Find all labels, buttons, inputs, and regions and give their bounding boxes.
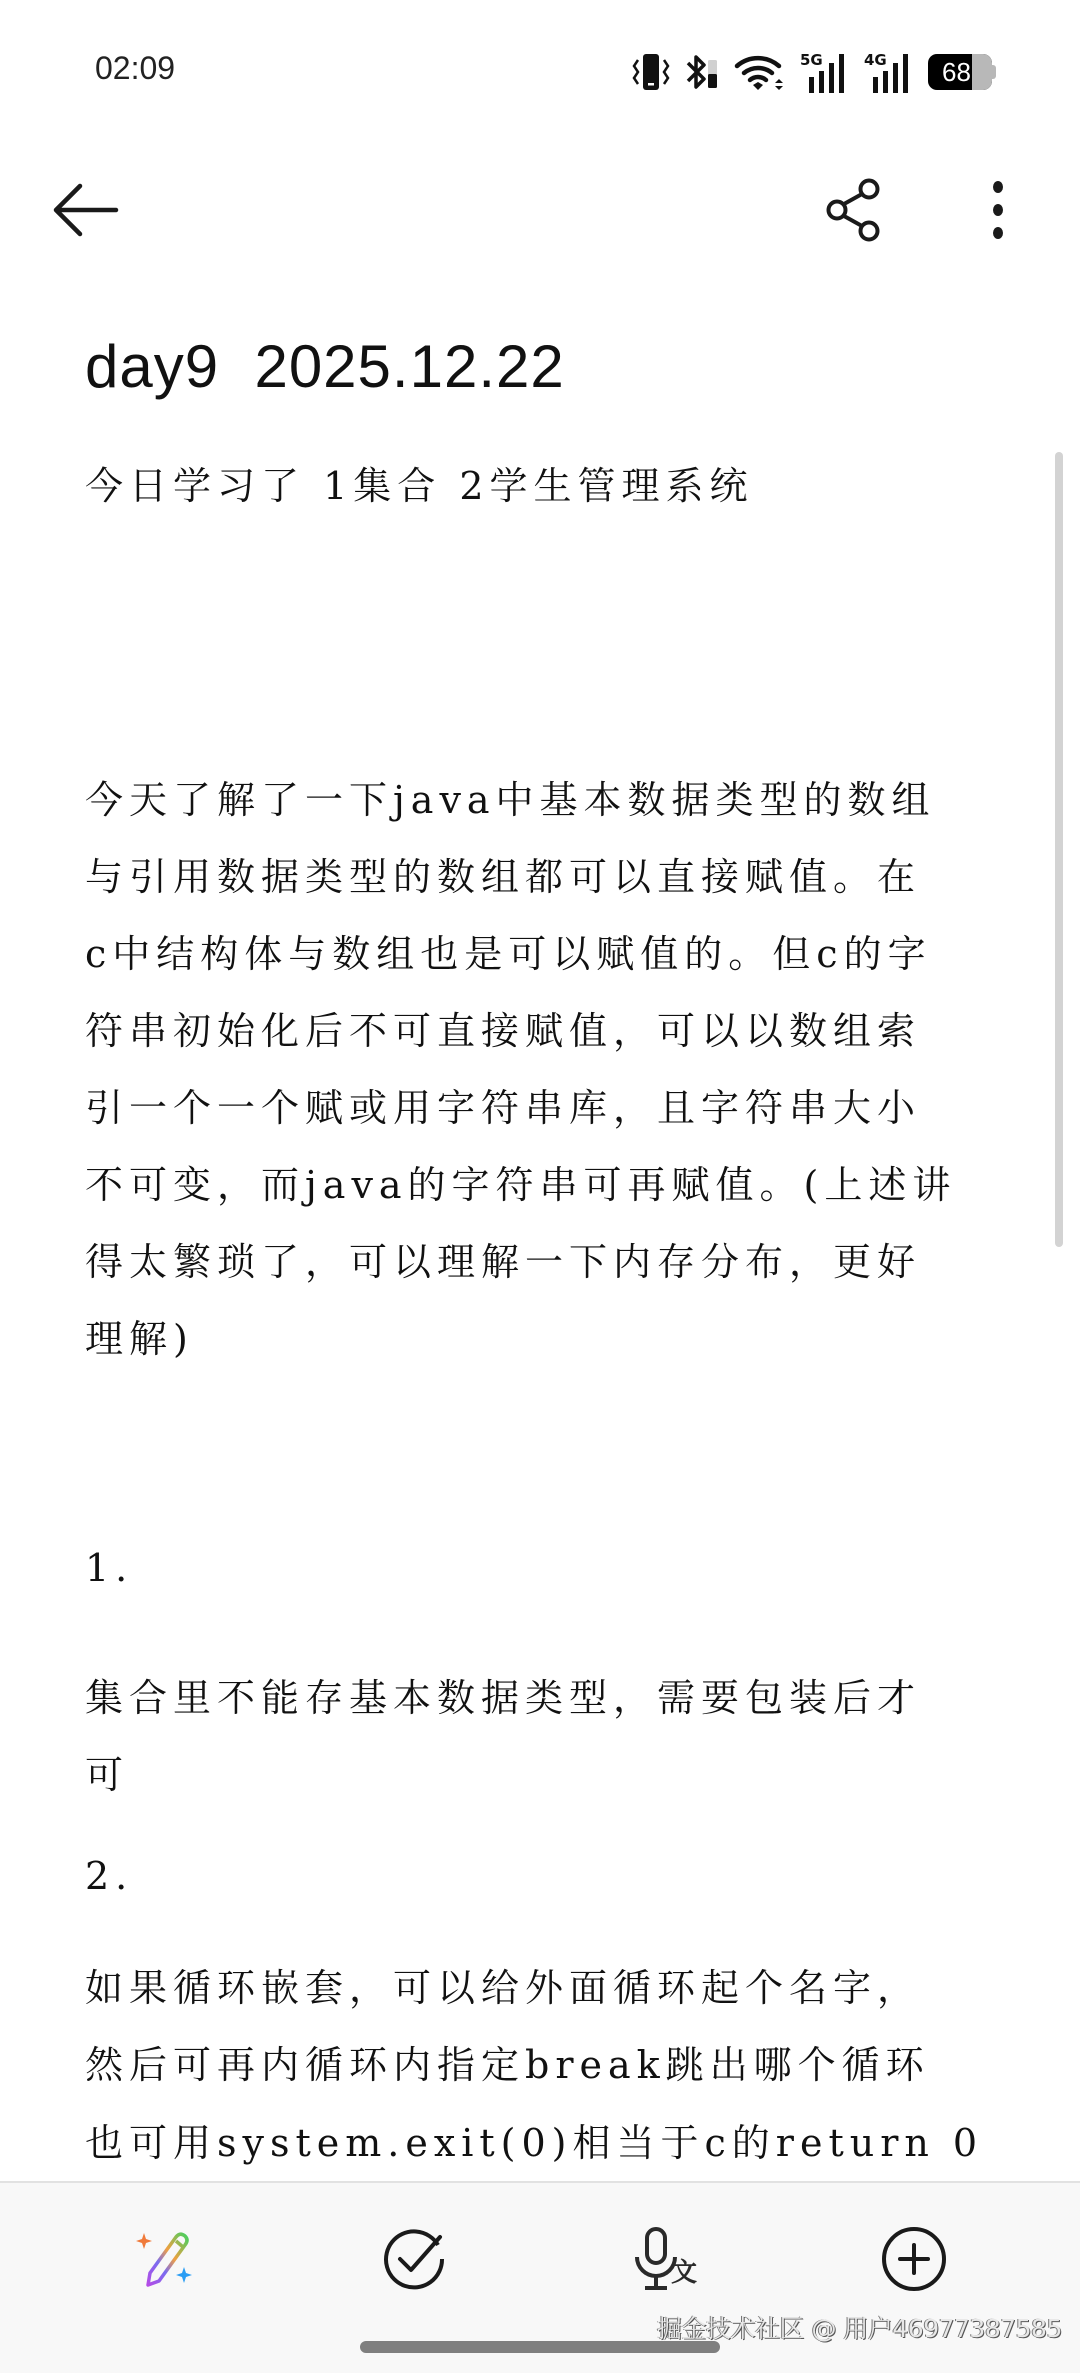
back-button[interactable] xyxy=(40,170,130,250)
voice-to-text-button[interactable]: 文 xyxy=(628,2219,708,2299)
svg-text:4G: 4G xyxy=(864,51,887,69)
scrollbar[interactable] xyxy=(1055,452,1063,1247)
sparkle-pen-icon xyxy=(134,2227,198,2291)
note-summary[interactable]: 今日学习了 1集合 2学生管理系统 xyxy=(85,448,1005,525)
share-icon xyxy=(823,177,887,243)
ai-write-button[interactable] xyxy=(126,2219,206,2299)
checklist-button[interactable] xyxy=(374,2219,454,2299)
app-bar xyxy=(0,140,1080,260)
note-paragraph-1[interactable]: 今天了解了一下java中基本数据类型的数组 与引用数据类型的数组都可以直接赋值。… xyxy=(85,762,1005,1378)
wifi-icon xyxy=(734,52,786,92)
status-bar: 02:09 xyxy=(0,0,1080,140)
battery-level: 68 xyxy=(942,57,971,88)
battery-icon: 68 xyxy=(928,53,996,91)
signal-5g-icon: 5G xyxy=(800,51,850,93)
list-item-2-label[interactable]: 2. xyxy=(85,1838,1005,1915)
list-item-1-text[interactable]: 集合里不能存基本数据类型，需要包装后才 可 xyxy=(85,1660,1005,1814)
insert-button[interactable] xyxy=(874,2219,954,2299)
home-indicator[interactable] xyxy=(360,2341,720,2353)
share-button[interactable] xyxy=(810,165,900,255)
arrow-left-icon xyxy=(50,182,120,238)
svg-text:文: 文 xyxy=(671,2258,697,2288)
note-title[interactable]: day9 2025.12.22 xyxy=(85,332,565,401)
bottom-toolbar: 文 掘金技术社区 @ 用户46977387585 xyxy=(0,2181,1080,2373)
note-editor[interactable]: day9 2025.12.22 今日学习了 1集合 2学生管理系统 今天了解了一… xyxy=(0,260,1080,2180)
watermark: 掘金技术社区 @ 用户46977387585 xyxy=(657,2309,1062,2345)
vibrate-icon xyxy=(632,52,670,92)
more-vertical-icon xyxy=(991,180,1005,240)
more-options-button[interactable] xyxy=(970,165,1025,255)
network-label: 5G xyxy=(800,51,823,69)
list-item-2-text[interactable]: 如果循环嵌套，可以给外面循环起个名字， 然后可再内循环内指定break跳出哪个循… xyxy=(85,1950,1005,2104)
status-icons: 5G 4G 68 xyxy=(632,48,996,96)
list-item-2-extra[interactable]: 也可用system.exit(0)相当于c的return 0 xyxy=(85,2105,1005,2180)
signal-4g-icon: 4G xyxy=(864,51,914,93)
mic-translate-icon: 文 xyxy=(635,2227,701,2291)
bluetooth-icon xyxy=(684,52,720,92)
plus-circle-icon xyxy=(881,2226,947,2292)
status-time: 02:09 xyxy=(95,50,175,87)
list-item-1-label[interactable]: 1. xyxy=(85,1530,1005,1607)
check-circle-icon xyxy=(382,2227,446,2291)
